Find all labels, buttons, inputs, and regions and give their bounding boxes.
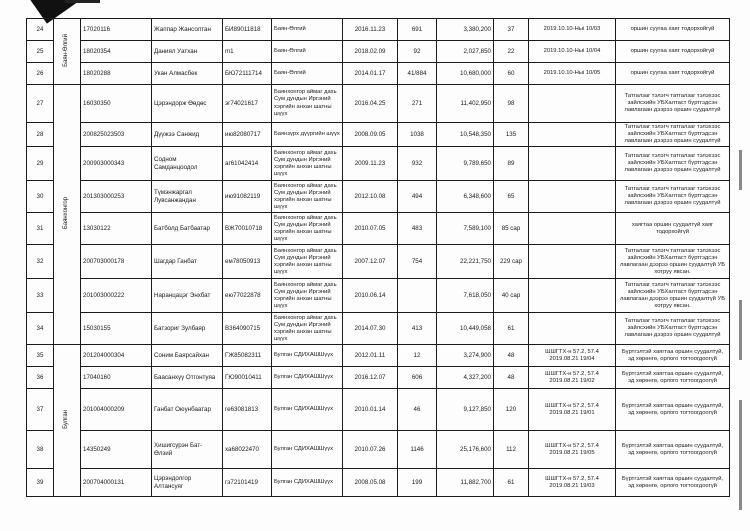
- debtor-name: Түмэнжаргал Лувсанжандан: [152, 181, 223, 213]
- decision-date: 2009.11.23: [343, 147, 398, 181]
- issuing-court: Баянхонгор аймаг дахь Сум дундын Иргэний…: [272, 147, 343, 181]
- region-label: Баян-Өлгий: [63, 34, 70, 67]
- table-row: 28200825023503Дүүжээ Санжидию82080717Бая…: [27, 123, 730, 147]
- table-row: 24Баян-Өлгий17020116Жаппар ЖансолтанБИ89…: [27, 19, 730, 41]
- decision-date: 2016.12.07: [343, 367, 398, 389]
- amount: 10,449,058: [437, 313, 494, 345]
- registration-number: 16030350: [81, 85, 152, 123]
- issuing-court: Баянхонгор аймаг дахь Сум дундын Иргэний…: [272, 85, 343, 123]
- row-number: 39: [27, 469, 54, 497]
- amount: 11,882,700: [437, 469, 494, 497]
- note: Бүртгэлтэй хаягтаа оршин суудалтүй, эд х…: [616, 367, 730, 389]
- case-number: 199: [398, 469, 437, 497]
- amount: 7,589,100: [437, 213, 494, 245]
- row-number: 37: [27, 389, 54, 431]
- row-number: 36: [27, 367, 54, 389]
- term: 48: [494, 345, 529, 367]
- decision-date: 2012.01.11: [343, 345, 398, 367]
- table-row: 3617040160Баасанхүү ОтгонтуяаГЮ90010411Б…: [27, 367, 730, 389]
- table-row: 32200703000178Шагдар Ганбатем78050913Бая…: [27, 245, 730, 279]
- row-number: 24: [27, 19, 54, 41]
- case-number: 691: [398, 19, 437, 41]
- registration-number: 201003000222: [81, 279, 152, 313]
- decision-reference: [529, 181, 616, 213]
- issuing-court: Булган СДИХАШШүүх: [272, 431, 343, 469]
- term: 229 сар: [494, 245, 529, 279]
- amount: 4,327,200: [437, 367, 494, 389]
- table-row: 30201303000253Түмэнжаргал Лувсанжанданию…: [27, 181, 730, 213]
- term: 89: [494, 147, 529, 181]
- debtor-name: Батзориг Зулбаяр: [152, 313, 223, 345]
- decision-date: 2008.05.08: [343, 469, 398, 497]
- case-number: 494: [398, 181, 437, 213]
- debtor-name: Дүүжээ Санжид: [152, 123, 223, 147]
- case-number: [398, 279, 437, 313]
- registration-number: 17040160: [81, 367, 152, 389]
- note: Татгалзаг тэлэгч татгалзаг тэлэхээс зайл…: [616, 181, 730, 213]
- document-number: БИ89011818: [223, 19, 272, 41]
- row-number: 29: [27, 147, 54, 181]
- decision-date: 2012.10.08: [343, 181, 398, 213]
- issuing-court: Баянхонгор аймаг дахь Сум дундын Иргэний…: [272, 279, 343, 313]
- debtor-name: Содном Самданцоодол: [152, 147, 223, 181]
- note: Татгалзаг тэлэгч татгалзаг тэлэхээс зайл…: [616, 279, 730, 313]
- case-number: 271: [398, 85, 437, 123]
- note: Бүртгэлтэй хаягтаа оршин суудалтүй, эд х…: [616, 431, 730, 469]
- case-number: 413: [398, 313, 437, 345]
- document-number: В364090715: [223, 313, 272, 345]
- decision-reference: 2019.10.10-Ныі 10/03: [529, 19, 616, 41]
- case-number: 483: [398, 213, 437, 245]
- scan-artifact-bar: [65, 0, 100, 3]
- registration-number: 15030155: [81, 313, 152, 345]
- region-label: Баянхонгор: [63, 197, 70, 229]
- note: Татгалзаг тэлэгч татгалзаг тэлэхээс зайл…: [616, 147, 730, 181]
- table-row: 35Булган201204000304Соним БаярсайханГЖ85…: [27, 345, 730, 367]
- registration-number: 18020288: [81, 63, 152, 85]
- decision-date: 2010.06.14: [343, 279, 398, 313]
- amount: 2,027,850: [437, 41, 494, 63]
- document-number: m1: [223, 41, 272, 63]
- scan-edge-mark: [739, 150, 742, 190]
- case-number: 606: [398, 367, 437, 389]
- decision-reference: [529, 147, 616, 181]
- term: 120: [494, 389, 529, 431]
- registration-number: 201303000253: [81, 181, 152, 213]
- table-row: 2518020354Даниял Уатханm1Баян-Өлгий2018.…: [27, 41, 730, 63]
- debtor-registry-table: 24Баян-Өлгий17020116Жаппар ЖансолтанБИ89…: [26, 18, 730, 497]
- note: оршин суугаа хаяг тодорхойгүй: [616, 63, 730, 85]
- decision-date: 2008.09.05: [343, 123, 398, 147]
- document-number: ию91082119: [223, 181, 272, 213]
- scan-edge-mark: [739, 300, 742, 360]
- table-row: 27Баянхонгор16030350Цэрэндорж Өөдөсэг740…: [27, 85, 730, 123]
- document-number: ею77022878: [223, 279, 272, 313]
- amount: 11,402,950: [437, 85, 494, 123]
- scanned-page: 24Баян-Өлгий17020116Жаппар ЖансолтанБИ89…: [0, 0, 750, 531]
- note: Татгалзаг тэлэгч татгалзаг тэлэхээс зайл…: [616, 245, 730, 279]
- document-number: ге63081813: [223, 389, 272, 431]
- amount: 25,176,600: [437, 431, 494, 469]
- decision-date: 2016.04.25: [343, 85, 398, 123]
- document-number: гэ72101419: [223, 469, 272, 497]
- amount: 6,348,600: [437, 181, 494, 213]
- decision-date: 2016.11.23: [343, 19, 398, 41]
- issuing-court: Баян-Өлгий: [272, 41, 343, 63]
- region-cell: Баянхонгор: [54, 85, 81, 345]
- issuing-court: Булган СДИХАШШүүх: [272, 469, 343, 497]
- amount: 10,680,000: [437, 63, 494, 85]
- document-number: ВЖ70010718: [223, 213, 272, 245]
- decision-reference: ШШГТХ-н 57.2, 57.4 2019.08.21 19/05: [529, 431, 616, 469]
- debtor-name: Даниял Уатхан: [152, 41, 223, 63]
- decision-date: 2010.07.05: [343, 213, 398, 245]
- note: Татгалзаг тэлэгч татгалзаг тэлэхээс зайл…: [616, 123, 730, 147]
- debtor-name: Цэрэндолгор Алтансуяг: [152, 469, 223, 497]
- table-row: 3415030155Батзориг ЗулбаярВ364090715Баян…: [27, 313, 730, 345]
- issuing-court: Булган СДИХАШШүүх: [272, 345, 343, 367]
- decision-reference: [529, 123, 616, 147]
- registration-number: 14350249: [81, 431, 152, 469]
- decision-reference: [529, 245, 616, 279]
- registration-number: 200704000131: [81, 469, 152, 497]
- document-number: ГЖ85082311: [223, 345, 272, 367]
- decision-reference: ШШГТХ-н 57.2, 57.4 2019.08.21 19/02: [529, 367, 616, 389]
- document-number: ГЮ90010411: [223, 367, 272, 389]
- row-number: 30: [27, 181, 54, 213]
- row-number: 28: [27, 123, 54, 147]
- amount: 22,221,750: [437, 245, 494, 279]
- note: хаягтаа оршин суудалтүй хаяг тодорхойгүй: [616, 213, 730, 245]
- row-number: 27: [27, 85, 54, 123]
- registration-number: 201004000209: [81, 389, 152, 431]
- region-cell: Баян-Өлгий: [54, 19, 81, 85]
- row-number: 34: [27, 313, 54, 345]
- term: 37: [494, 19, 529, 41]
- issuing-court: Баянхонгор аймаг дахь Сум дундын Иргэний…: [272, 313, 343, 345]
- note: Бүртгэлтэй хаягтаа оршин суудалтүй, эд х…: [616, 389, 730, 431]
- debtor-name: Жаппар Жансолтан: [152, 19, 223, 41]
- case-number: 1038: [398, 123, 437, 147]
- registration-number: 18020354: [81, 41, 152, 63]
- decision-reference: [529, 279, 616, 313]
- note: Татгалзаг тэлэгч татгалзаг тэлэхээс зайл…: [616, 313, 730, 345]
- term: 61: [494, 469, 529, 497]
- term: 60: [494, 63, 529, 85]
- decision-date: 2010.01.14: [343, 389, 398, 431]
- row-number: 31: [27, 213, 54, 245]
- note: Бүртгэлтэй хаягтаа оршин суудалтүй, эд х…: [616, 469, 730, 497]
- table-row: 33201003000222Наранцацэг Энхбатею7702287…: [27, 279, 730, 313]
- row-number: 25: [27, 41, 54, 63]
- term: 48: [494, 367, 529, 389]
- region-cell: Булган: [54, 345, 81, 497]
- registration-number: 200903000343: [81, 147, 152, 181]
- table-row: 3814350249Хишигсурэн Бат-Өлзийха68022470…: [27, 431, 730, 469]
- document-number: ию82080717: [223, 123, 272, 147]
- issuing-court: Баян-Өлгий: [272, 19, 343, 41]
- note: Татгалзаг тэлэгч татгалзаг тэлэхээс зайл…: [616, 85, 730, 123]
- amount: 3,274,900: [437, 345, 494, 367]
- case-number: 41/884: [398, 63, 437, 85]
- term: 40 сар: [494, 279, 529, 313]
- registration-number: 17020116: [81, 19, 152, 41]
- case-number: 12: [398, 345, 437, 367]
- term: 112: [494, 431, 529, 469]
- decision-reference: [529, 85, 616, 123]
- issuing-court: Булган СДИХАШШүүх: [272, 389, 343, 431]
- term: 98: [494, 85, 529, 123]
- registration-number: 201204000304: [81, 345, 152, 367]
- decision-reference: ШШГТХ-н 57.2, 57.4 2019.08.21 19/01: [529, 389, 616, 431]
- decision-date: 2007.12.07: [343, 245, 398, 279]
- table-row: 3113030122Батболд БатбаатарВЖ70010718Бая…: [27, 213, 730, 245]
- amount: 9,127,850: [437, 389, 494, 431]
- debtor-name: Хишигсурэн Бат-Өлзий: [152, 431, 223, 469]
- issuing-court: Баянхонгор аймаг дахь Сум дундын Иргэний…: [272, 213, 343, 245]
- term: 22: [494, 41, 529, 63]
- decision-reference: [529, 213, 616, 245]
- case-number: 754: [398, 245, 437, 279]
- table-row: 39200704000131Цэрэндолгор Алтансуяггэ721…: [27, 469, 730, 497]
- table-row: 2618020288Укан АлмасбекБЮ72111714Баян-Өл…: [27, 63, 730, 85]
- case-number: 46: [398, 389, 437, 431]
- row-number: 33: [27, 279, 54, 313]
- document-number: аг61042414: [223, 147, 272, 181]
- note: оршин суугаа хаяг тодорхойгүй: [616, 41, 730, 63]
- document-number: БЮ72111714: [223, 63, 272, 85]
- decision-reference: ШШГТХ-н 57.2, 57.4 2019.08.21 19/03: [529, 469, 616, 497]
- debtor-name: Баасанхүү Отгонтуяа: [152, 367, 223, 389]
- decision-date: 2014.01.17: [343, 63, 398, 85]
- row-number: 35: [27, 345, 54, 367]
- issuing-court: Баянхонгор аймаг дахь Сум дундын Иргэний…: [272, 181, 343, 213]
- debtor-name: Наранцацэг Энхбат: [152, 279, 223, 313]
- document-number: эг74021617: [223, 85, 272, 123]
- term: 61: [494, 313, 529, 345]
- region-label: Булган: [63, 410, 70, 429]
- amount: 9,789,650: [437, 147, 494, 181]
- document-number: ха68022470: [223, 431, 272, 469]
- note: оршин суугаа хаяг тодорхойгүй: [616, 19, 730, 41]
- decision-date: 2018.02.09: [343, 41, 398, 63]
- issuing-court: Булган СДИХАШШүүх: [272, 367, 343, 389]
- debtor-name: Шагдар Ганбат: [152, 245, 223, 279]
- decision-reference: 2019.10.10-Ныі 10/05: [529, 63, 616, 85]
- term: 85 сар: [494, 213, 529, 245]
- debtor-name: Соним Баярсайхан: [152, 345, 223, 367]
- issuing-court: Баянзүрх дүүргийн шүүх: [272, 123, 343, 147]
- case-number: 1146: [398, 431, 437, 469]
- debtor-name: Цэрэндорж Өөдөс: [152, 85, 223, 123]
- term: 65: [494, 181, 529, 213]
- registration-number: 13030122: [81, 213, 152, 245]
- debtor-name: Батболд Батбаатар: [152, 213, 223, 245]
- issuing-court: Баян-Өлгий: [272, 63, 343, 85]
- scan-edge-mark: [739, 400, 742, 510]
- table-row: 29200903000343Содном Самданцоодолаг61042…: [27, 147, 730, 181]
- debtor-name: Ганбат Оюунбаатар: [152, 389, 223, 431]
- decision-date: 2010.07.26: [343, 431, 398, 469]
- document-number: ем78050913: [223, 245, 272, 279]
- debtor-name: Укан Алмасбек: [152, 63, 223, 85]
- term: 135: [494, 123, 529, 147]
- table-row: 37201004000209Ганбат Оюунбаатарге6308181…: [27, 389, 730, 431]
- amount: 7,618,050: [437, 279, 494, 313]
- row-number: 32: [27, 245, 54, 279]
- decision-reference: 2019.10.10-Ныі 10/04: [529, 41, 616, 63]
- amount: 3,380,200: [437, 19, 494, 41]
- issuing-court: Баянхонгор аймаг дахь Сум дундын Иргэний…: [272, 245, 343, 279]
- decision-reference: [529, 313, 616, 345]
- decision-reference: ШШГТХ-н 57.2, 57.4 2019.08.21 19/04: [529, 345, 616, 367]
- amount: 10,548,350: [437, 123, 494, 147]
- registration-number: 200825023503: [81, 123, 152, 147]
- decision-date: 2014.07.30: [343, 313, 398, 345]
- case-number: 92: [398, 41, 437, 63]
- row-number: 26: [27, 63, 54, 85]
- case-number: 932: [398, 147, 437, 181]
- registration-number: 200703000178: [81, 245, 152, 279]
- note: Бүртгэлтэй хаягтаа оршин суудалтүй, эд х…: [616, 345, 730, 367]
- row-number: 38: [27, 431, 54, 469]
